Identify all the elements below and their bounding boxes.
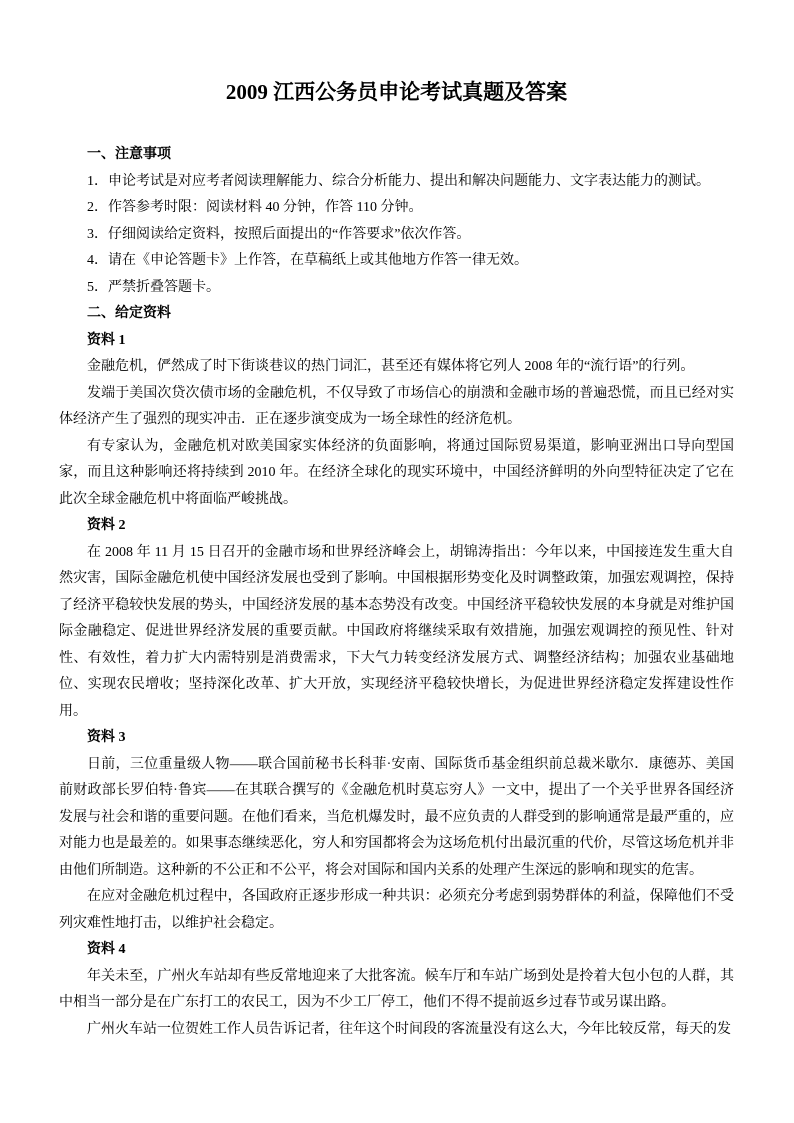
material-2-paragraph-1: 在 2008 年 11 月 15 日召开的金融市场和世界经济峰会上，胡锦涛指出：… <box>59 540 734 726</box>
material-2-label: 资料 2 <box>59 513 734 540</box>
page-title: 2009 江西公务员申论考试真题及答案 <box>59 78 734 106</box>
material-4-label: 资料 4 <box>59 937 734 964</box>
section-materials-heading: 二、给定资料 <box>59 301 734 328</box>
notice-item-2: 2．作答参考时限：阅读材料 40 分钟，作答 110 分钟。 <box>59 195 734 222</box>
material-4-paragraph-1: 年关未至，广州火车站却有些反常地迎来了大批客流。候车厅和车站广场到处是拎着大包小… <box>59 964 734 1017</box>
notice-item-5: 5．严禁折叠答题卡。 <box>59 275 734 302</box>
material-1-paragraph-1: 金融危机，俨然成了时下街谈巷议的热门词汇，甚至还有媒体将它列人 2008 年的“… <box>59 354 734 381</box>
notice-item-4: 4．请在《申论答题卡》上作答，在草稿纸上或其他地方作答一律无效。 <box>59 248 734 275</box>
section-materials: 二、给定资料 资料 1 金融危机，俨然成了时下街谈巷议的热门词汇，甚至还有媒体将… <box>59 301 734 1043</box>
section-notes: 一、注意事项 1．申论考试是对应考者阅读理解能力、综合分析能力、提出和解决问题能… <box>59 142 734 301</box>
material-1-paragraph-3: 有专家认为，金融危机对欧美国家实体经济的负面影响，将通过国际贸易渠道，影响亚洲出… <box>59 434 734 514</box>
notice-item-3: 3．仔细阅读给定资料，按照后面提出的“作答要求”依次作答。 <box>59 222 734 249</box>
material-1-paragraph-2: 发端于美国次贷次债市场的金融危机，不仅导致了市场信心的崩溃和金融市场的普遍恐慌，… <box>59 381 734 434</box>
section-notes-heading: 一、注意事项 <box>59 142 734 169</box>
document-page: 2009 江西公务员申论考试真题及答案 一、注意事项 1．申论考试是对应考者阅读… <box>0 0 794 1123</box>
material-3-paragraph-1: 日前，三位重量级人物——联合国前秘书长科菲·安南、国际货币基金组织前总裁米歇尔．… <box>59 752 734 885</box>
notice-item-1: 1．申论考试是对应考者阅读理解能力、综合分析能力、提出和解决问题能力、文字表达能… <box>59 169 734 196</box>
material-1-label: 资料 1 <box>59 328 734 355</box>
material-3-paragraph-2: 在应对金融危机过程中，各国政府正逐步形成一种共识：必须充分考虑到弱势群体的利益，… <box>59 884 734 937</box>
material-4-paragraph-2: 广州火车站一位贺姓工作人员告诉记者，往年这个时间段的客流量没有这么大，今年比较反… <box>59 1017 734 1044</box>
material-3-label: 资料 3 <box>59 725 734 752</box>
